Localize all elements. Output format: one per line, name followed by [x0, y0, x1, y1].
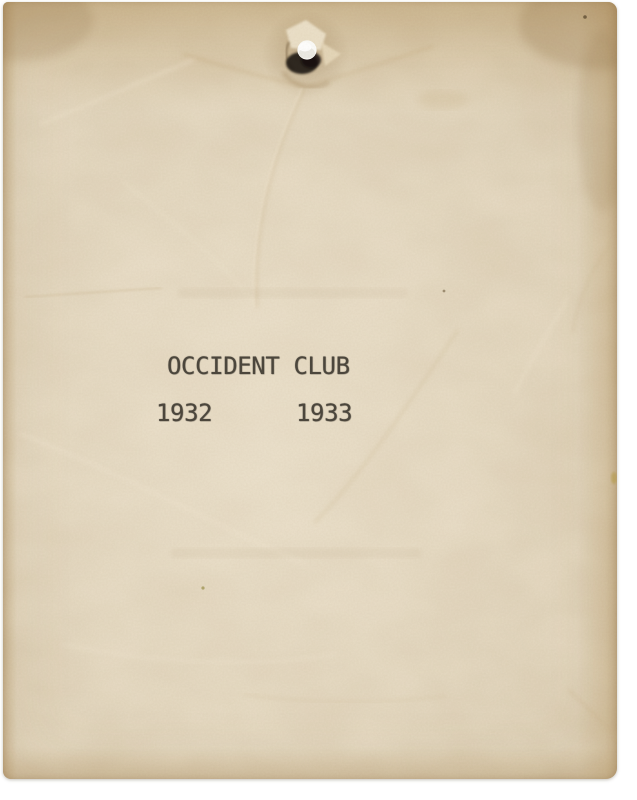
paper-texture-overlay — [3, 2, 617, 779]
edge-shading — [3, 2, 617, 779]
stain-specks — [201, 15, 617, 589]
paper-grain — [3, 2, 617, 779]
title-text: OCCIDENT CLUB — [167, 354, 350, 378]
year-right-text: 1933 — [296, 401, 352, 425]
year-left-text: 1932 — [156, 401, 212, 425]
paper-page: OCCIDENT CLUB 1932 1933 — [3, 2, 617, 779]
scan-background: OCCIDENT CLUB 1932 1933 — [0, 0, 637, 800]
punch-hole — [262, 10, 350, 98]
paper-mottle — [3, 2, 617, 779]
crease-lines — [21, 46, 617, 746]
